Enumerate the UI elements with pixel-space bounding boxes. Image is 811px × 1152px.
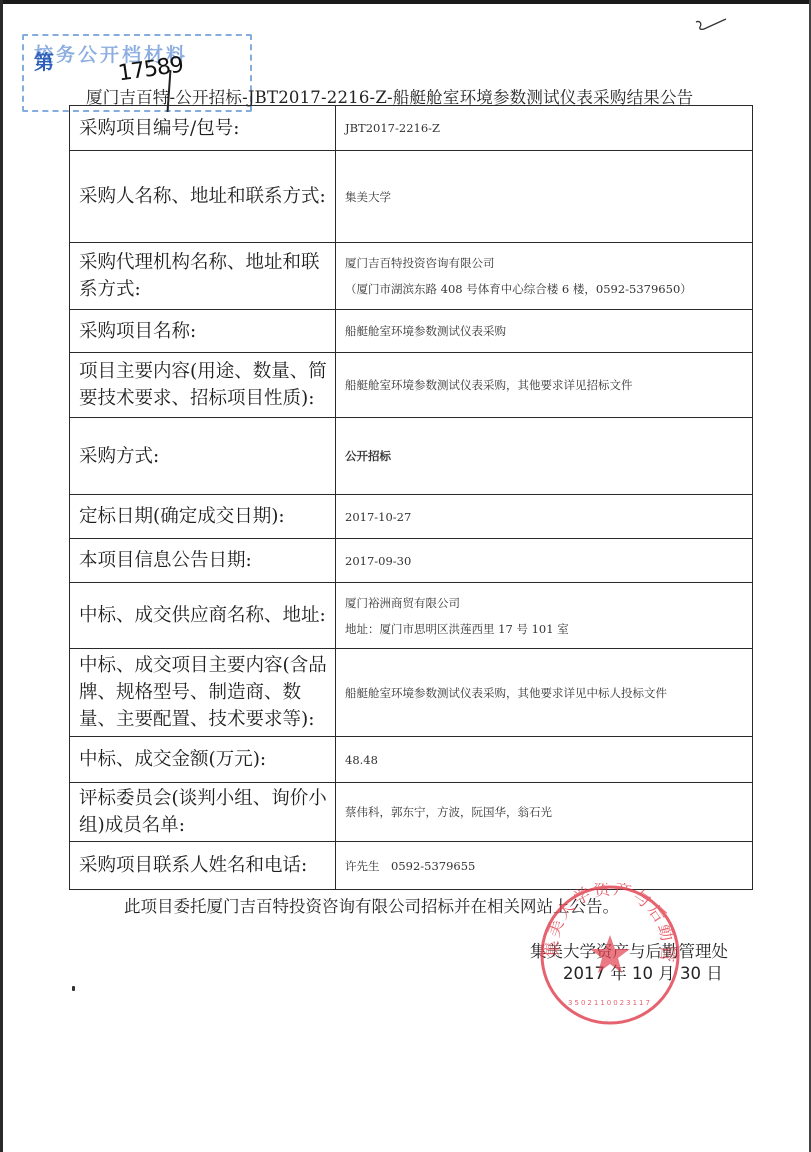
- table-row: 评标委员会(谈判小组、询价小组)成员名单: 蔡伟科，郭东宁，方波，阮国华，翁石光: [70, 783, 753, 842]
- value-line: 船艇舱室环境参数测试仪表采购，其他要求详见招标文件: [345, 372, 742, 398]
- table-row: 项目主要内容(用途、数量、简要技术要求、招标项目性质): 船艇舱室环境参数测试仪…: [70, 353, 753, 418]
- value-line: 蔡伟科，郭东宁，方波，阮国华，翁石光: [345, 799, 742, 825]
- value-line: 地址：厦门市思明区洪莲西里 17 号 101 室: [345, 616, 742, 642]
- table-row: 采购项目编号/包号: JBT2017-2216-Z: [70, 106, 753, 151]
- table-row: 采购方式: 公开招标: [70, 418, 753, 495]
- scan-edge-left: [0, 0, 3, 1152]
- value-line: 船艇舱室环境参数测试仪表采购: [345, 318, 742, 344]
- row-label: 采购项目联系人姓名和电话:: [70, 842, 336, 890]
- value-line: JBT2017-2216-Z: [345, 115, 742, 141]
- row-value: 蔡伟科，郭东宁，方波，阮国华，翁石光: [336, 783, 753, 842]
- row-label: 本项目信息公告日期:: [70, 539, 336, 583]
- row-label: 定标日期(确定成交日期):: [70, 495, 336, 539]
- table-row: 中标、成交金额(万元): 48.48: [70, 737, 753, 783]
- row-label: 中标、成交金额(万元):: [70, 737, 336, 783]
- table-row: 采购代理机构名称、地址和联系方式: 厦门吉百特投资咨询有限公司 （厦门市湖滨东路…: [70, 243, 753, 310]
- table-row: 中标、成交供应商名称、地址: 厦门裕洲商贸有限公司 地址：厦门市思明区洪莲西里 …: [70, 583, 753, 649]
- value-line: 厦门裕洲商贸有限公司: [345, 590, 742, 616]
- table-row: 采购项目名称: 船艇舱室环境参数测试仪表采购: [70, 310, 753, 353]
- archive-stamp-prefix: 第: [34, 46, 54, 75]
- row-label: 项目主要内容(用途、数量、简要技术要求、招标项目性质):: [70, 353, 336, 418]
- row-label: 采购人名称、地址和联系方式:: [70, 151, 336, 243]
- value-line: 许先生 0592-5379655: [345, 853, 742, 879]
- value-line: 48.48: [345, 747, 742, 773]
- table-row: 本项目信息公告日期: 2017-09-30: [70, 539, 753, 583]
- row-value: 厦门吉百特投资咨询有限公司 （厦门市湖滨东路 408 号体育中心综合楼 6 楼，…: [336, 243, 753, 310]
- row-value: 公开招标: [336, 418, 753, 495]
- row-label: 采购方式:: [70, 418, 336, 495]
- row-label: 中标、成交供应商名称、地址:: [70, 583, 336, 649]
- scan-speck: [72, 986, 75, 991]
- row-value: 2017-10-27: [336, 495, 753, 539]
- row-label: 中标、成交项目主要内容(含品牌、规格型号、制造商、数量、主要配置、技术要求等):: [70, 649, 336, 737]
- row-value: 2017-09-30: [336, 539, 753, 583]
- row-value: 船艇舱室环境参数测试仪表采购，其他要求详见招标文件: [336, 353, 753, 418]
- value-line: 厦门吉百特投资咨询有限公司: [345, 250, 742, 276]
- table-row: 定标日期(确定成交日期): 2017-10-27: [70, 495, 753, 539]
- value-line: （厦门市湖滨东路 408 号体育中心综合楼 6 楼，0592-5379650）: [345, 276, 742, 302]
- value-line: 公开招标: [345, 443, 742, 469]
- row-value: 厦门裕洲商贸有限公司 地址：厦门市思明区洪莲西里 17 号 101 室: [336, 583, 753, 649]
- row-label: 采购代理机构名称、地址和联系方式:: [70, 243, 336, 310]
- row-label: 评标委员会(谈判小组、询价小组)成员名单:: [70, 783, 336, 842]
- table-row: 中标、成交项目主要内容(含品牌、规格型号、制造商、数量、主要配置、技术要求等):…: [70, 649, 753, 737]
- procurement-info-table: 采购项目编号/包号: JBT2017-2216-Z 采购人名称、地址和联系方式:…: [69, 105, 753, 890]
- row-value: 48.48: [336, 737, 753, 783]
- table-row: 采购人名称、地址和联系方式: 集美大学: [70, 151, 753, 243]
- row-value: 船艇舱室环境参数测试仪表采购，其他要求详见中标人投标文件: [336, 649, 753, 737]
- handwritten-page-mark: [692, 16, 732, 36]
- value-line: 船艇舱室环境参数测试仪表采购，其他要求详见中标人投标文件: [345, 680, 742, 706]
- row-value: 集美大学: [336, 151, 753, 243]
- value-line: 2017-09-30: [345, 548, 742, 574]
- scan-edge-top: [0, 0, 811, 4]
- value-line: 2017-10-27: [345, 504, 742, 530]
- svg-text:3502110023117: 3502110023117: [568, 999, 652, 1007]
- value-line: 集美大学: [345, 184, 742, 210]
- row-value: JBT2017-2216-Z: [336, 106, 753, 151]
- row-label: 采购项目名称:: [70, 310, 336, 353]
- row-label: 采购项目编号/包号:: [70, 106, 336, 151]
- official-seal-icon: 集美大学资产与后勤管理处 3502110023117: [538, 883, 682, 1027]
- row-value: 船艇舱室环境参数测试仪表采购: [336, 310, 753, 353]
